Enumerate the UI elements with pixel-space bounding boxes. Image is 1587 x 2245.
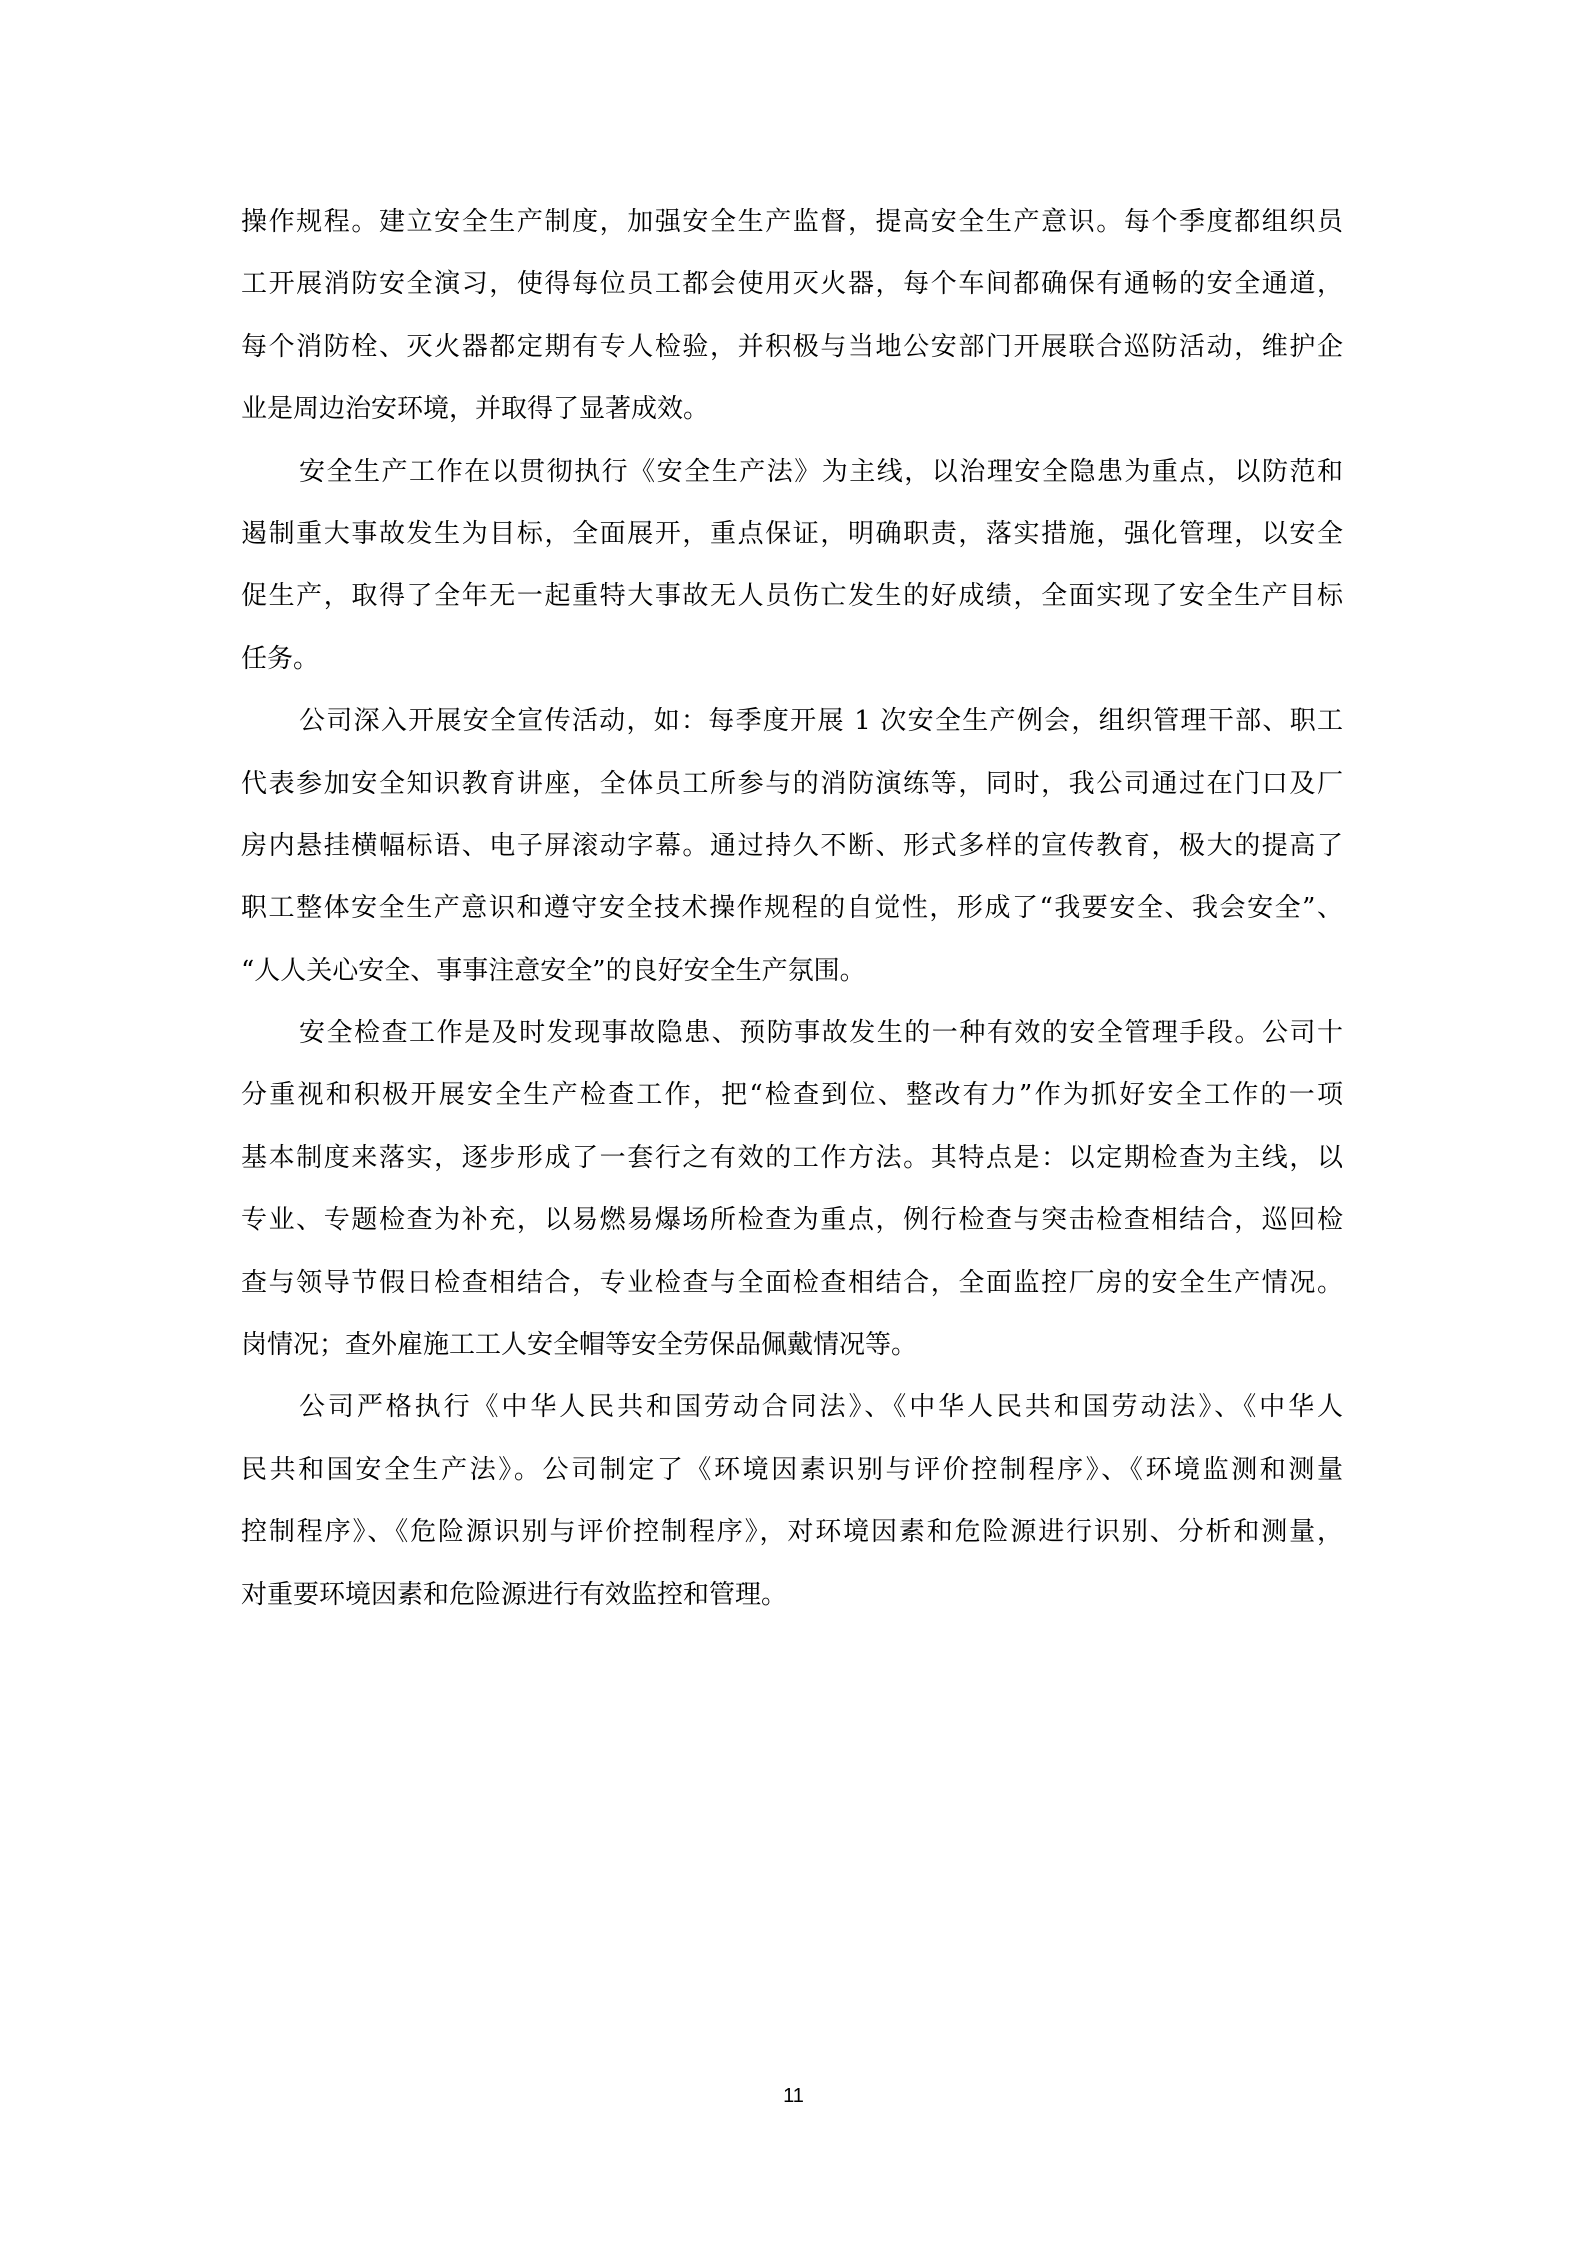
text-line: “人人关心安全、事事注意安全”的良好安全生产氛围。: [241, 940, 1343, 1002]
text-line: 每个消防栓、灭火器都定期有专人检验，并积极与当地公安部门开展联合巡防活动，维护企: [241, 316, 1343, 378]
text-line: 基本制度来落实，逐步形成了一套行之有效的工作方法。其特点是：以定期检查为主线，以: [241, 1127, 1343, 1189]
text-line: 安全检查工作是及时发现事故隐患、预防事故发生的一种有效的安全管理手段。公司十: [241, 1002, 1343, 1064]
text-line: 专业、专题检查为补充，以易燃易爆场所检查为重点，例行检查与突击检查相结合，巡回检: [241, 1189, 1343, 1251]
text-line: 对重要环境因素和危险源进行有效监控和管理。: [241, 1564, 1343, 1626]
text-line: 遏制重大事故发生为目标，全面展开，重点保证，明确职责，落实措施，强化管理，以安全: [241, 503, 1343, 565]
text-line: 分重视和积极开展安全生产检查工作，把“检查到位、整改有力”作为抓好安全工作的一项: [241, 1064, 1343, 1126]
text-line: 控制程序》、《危险源识别与评价控制程序》，对环境因素和危险源进行识别、分析和测量…: [241, 1501, 1343, 1563]
page-number: 11: [0, 2085, 1587, 2108]
paragraph: 操作规程。建立安全生产制度，加强安全生产监督，提高安全生产意识。每个季度都组织员…: [241, 191, 1343, 441]
text-line: 公司严格执行《中华人民共和国劳动合同法》、《中华人民共和国劳动法》、《中华人: [241, 1376, 1343, 1438]
paragraph: 公司严格执行《中华人民共和国劳动合同法》、《中华人民共和国劳动法》、《中华人 民…: [241, 1376, 1343, 1626]
text-line: 安全生产工作在以贯彻执行《安全生产法》为主线，以治理安全隐患为重点，以防范和: [241, 441, 1343, 503]
text-line: 工开展消防安全演习，使得每位员工都会使用灭火器，每个车间都确保有通畅的安全通道，: [241, 253, 1343, 315]
text-line: 操作规程。建立安全生产制度，加强安全生产监督，提高安全生产意识。每个季度都组织员: [241, 191, 1343, 253]
document-page: 操作规程。建立安全生产制度，加强安全生产监督，提高安全生产意识。每个季度都组织员…: [0, 0, 1587, 2245]
text-line: 岗情况；查外雇施工工人安全帽等安全劳保品佩戴情况等。: [241, 1314, 1343, 1376]
text-line: 促生产，取得了全年无一起重特大事故无人员伤亡发生的好成绩，全面实现了安全生产目标: [241, 565, 1343, 627]
text-line: 任务。: [241, 628, 1343, 690]
text-line: 业是周边治安环境，并取得了显著成效。: [241, 378, 1343, 440]
body-text: 操作规程。建立安全生产制度，加强安全生产监督，提高安全生产意识。每个季度都组织员…: [241, 191, 1343, 1626]
text-line: 查与领导节假日检查相结合，专业检查与全面检查相结合，全面监控厂房的安全生产情况。: [241, 1252, 1343, 1314]
text-line: 民共和国安全生产法》。公司制定了《环境因素识别与评价控制程序》、《环境监测和测量: [241, 1439, 1343, 1501]
text-line: 职工整体安全生产意识和遵守安全技术操作规程的自觉性，形成了“我要安全、我会安全”…: [241, 877, 1343, 939]
paragraph: 公司深入开展安全宣传活动，如：每季度开展 1 次安全生产例会，组织管理干部、职工…: [241, 690, 1343, 1002]
paragraph: 安全检查工作是及时发现事故隐患、预防事故发生的一种有效的安全管理手段。公司十 分…: [241, 1002, 1343, 1376]
text-line: 代表参加安全知识教育讲座，全体员工所参与的消防演练等，同时，我公司通过在门口及厂: [241, 753, 1343, 815]
text-line: 房内悬挂横幅标语、电子屏滚动字幕。通过持久不断、形式多样的宣传教育，极大的提高了: [241, 815, 1343, 877]
paragraph: 安全生产工作在以贯彻执行《安全生产法》为主线，以治理安全隐患为重点，以防范和 遏…: [241, 441, 1343, 691]
text-line: 公司深入开展安全宣传活动，如：每季度开展 1 次安全生产例会，组织管理干部、职工: [241, 690, 1343, 752]
